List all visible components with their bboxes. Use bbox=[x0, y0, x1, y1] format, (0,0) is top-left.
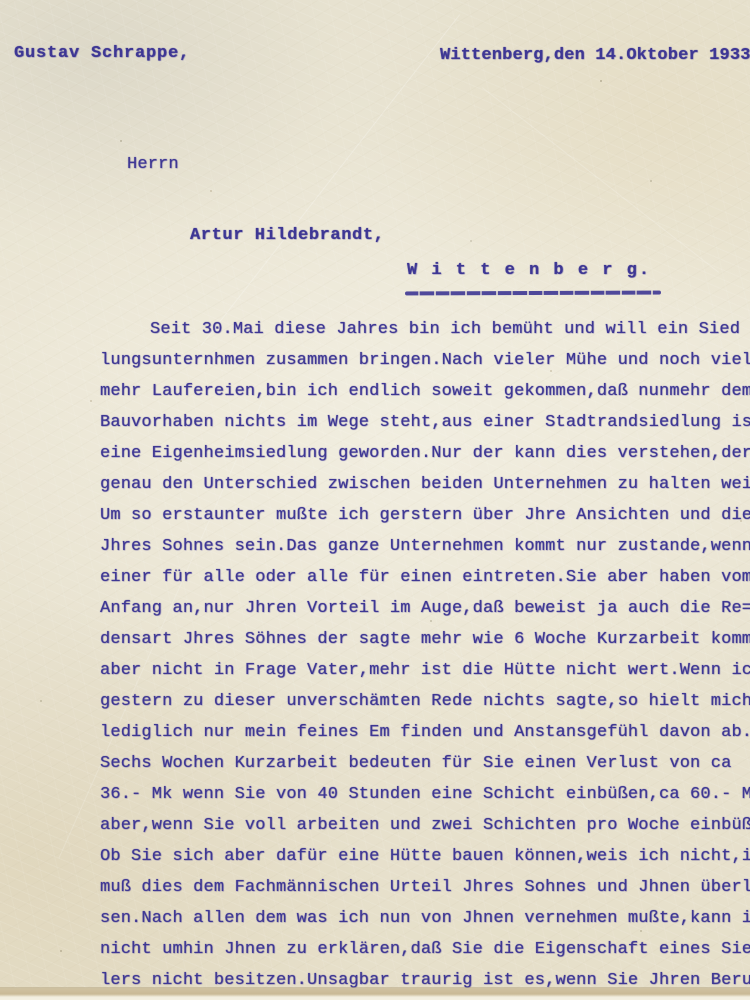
sender-name: Gustav Schrappe, bbox=[14, 44, 190, 63]
body-line: sen.Nach allen dem was ich nun von Jhnen… bbox=[0, 903, 750, 934]
body-line: eine Eigenheimsiedlung geworden.Nur der … bbox=[0, 438, 750, 469]
body-line: Anfang an,nur Jhren Vorteil im Auge,daß … bbox=[0, 593, 750, 624]
body-line: muß dies dem Fachmännischen Urteil Jhres… bbox=[0, 872, 750, 903]
recipient-name: Artur Hildebrandt, bbox=[190, 226, 384, 245]
body-line: aber,wenn Sie voll arbeiten und zwei Sch… bbox=[0, 810, 750, 841]
body-line: mehr Laufereien,bin ich endlich soweit g… bbox=[0, 376, 750, 407]
letter-body: Seit 30.Mai diese Jahres bin ich bemüht … bbox=[0, 314, 750, 996]
body-line: aber nicht in Frage Vater,mehr ist die H… bbox=[0, 655, 750, 686]
body-line: lediglich nur mein feines Em finden und … bbox=[0, 717, 750, 748]
body-line: Bauvorhaben nichts im Wege steht,aus ein… bbox=[0, 407, 750, 438]
recipient-city: W i t t e n b e r g. bbox=[407, 261, 651, 280]
body-line: Um so erstaunter mußte ich gerstern über… bbox=[0, 500, 750, 531]
body-line: lers nicht besitzen.Unsagbar traurig ist… bbox=[0, 965, 750, 996]
body-line: Jhres Sohnes sein.Das ganze Unternehmen … bbox=[0, 531, 750, 562]
body-line: lungsunternhmen zusammen bringen.Nach vi… bbox=[0, 345, 750, 376]
paper-specks bbox=[120, 140, 122, 142]
dateline: Wittenberg,den 14.Oktober 1933 bbox=[440, 46, 750, 65]
paper-scratch bbox=[201, 14, 460, 346]
paper-scratch bbox=[482, 87, 719, 272]
body-line: Seit 30.Mai diese Jahres bin ich bemüht … bbox=[0, 314, 750, 345]
letter-page: Gustav Schrappe, Wittenberg,den 14.Oktob… bbox=[0, 0, 750, 1000]
body-line: nicht umhin Jhnen zu erklären,daß Sie di… bbox=[0, 934, 750, 965]
salutation: Herrn bbox=[127, 155, 179, 174]
body-line: 36.- Mk wenn Sie von 40 Stunden eine Sch… bbox=[0, 779, 750, 810]
recipient-city-underline bbox=[405, 291, 661, 295]
body-line: gestern zu dieser unverschämten Rede nic… bbox=[0, 686, 750, 717]
body-line: densart Jhres Söhnes der sagte mehr wie … bbox=[0, 624, 750, 655]
body-line: einer für alle oder alle für einen eintr… bbox=[0, 562, 750, 593]
body-line: Ob Sie sich aber dafür eine Hütte bauen … bbox=[0, 841, 750, 872]
body-line: Sechs Wochen Kurzarbeit bedeuten für Sie… bbox=[0, 748, 750, 779]
body-line: genau den Unterschied zwischen beiden Un… bbox=[0, 469, 750, 500]
